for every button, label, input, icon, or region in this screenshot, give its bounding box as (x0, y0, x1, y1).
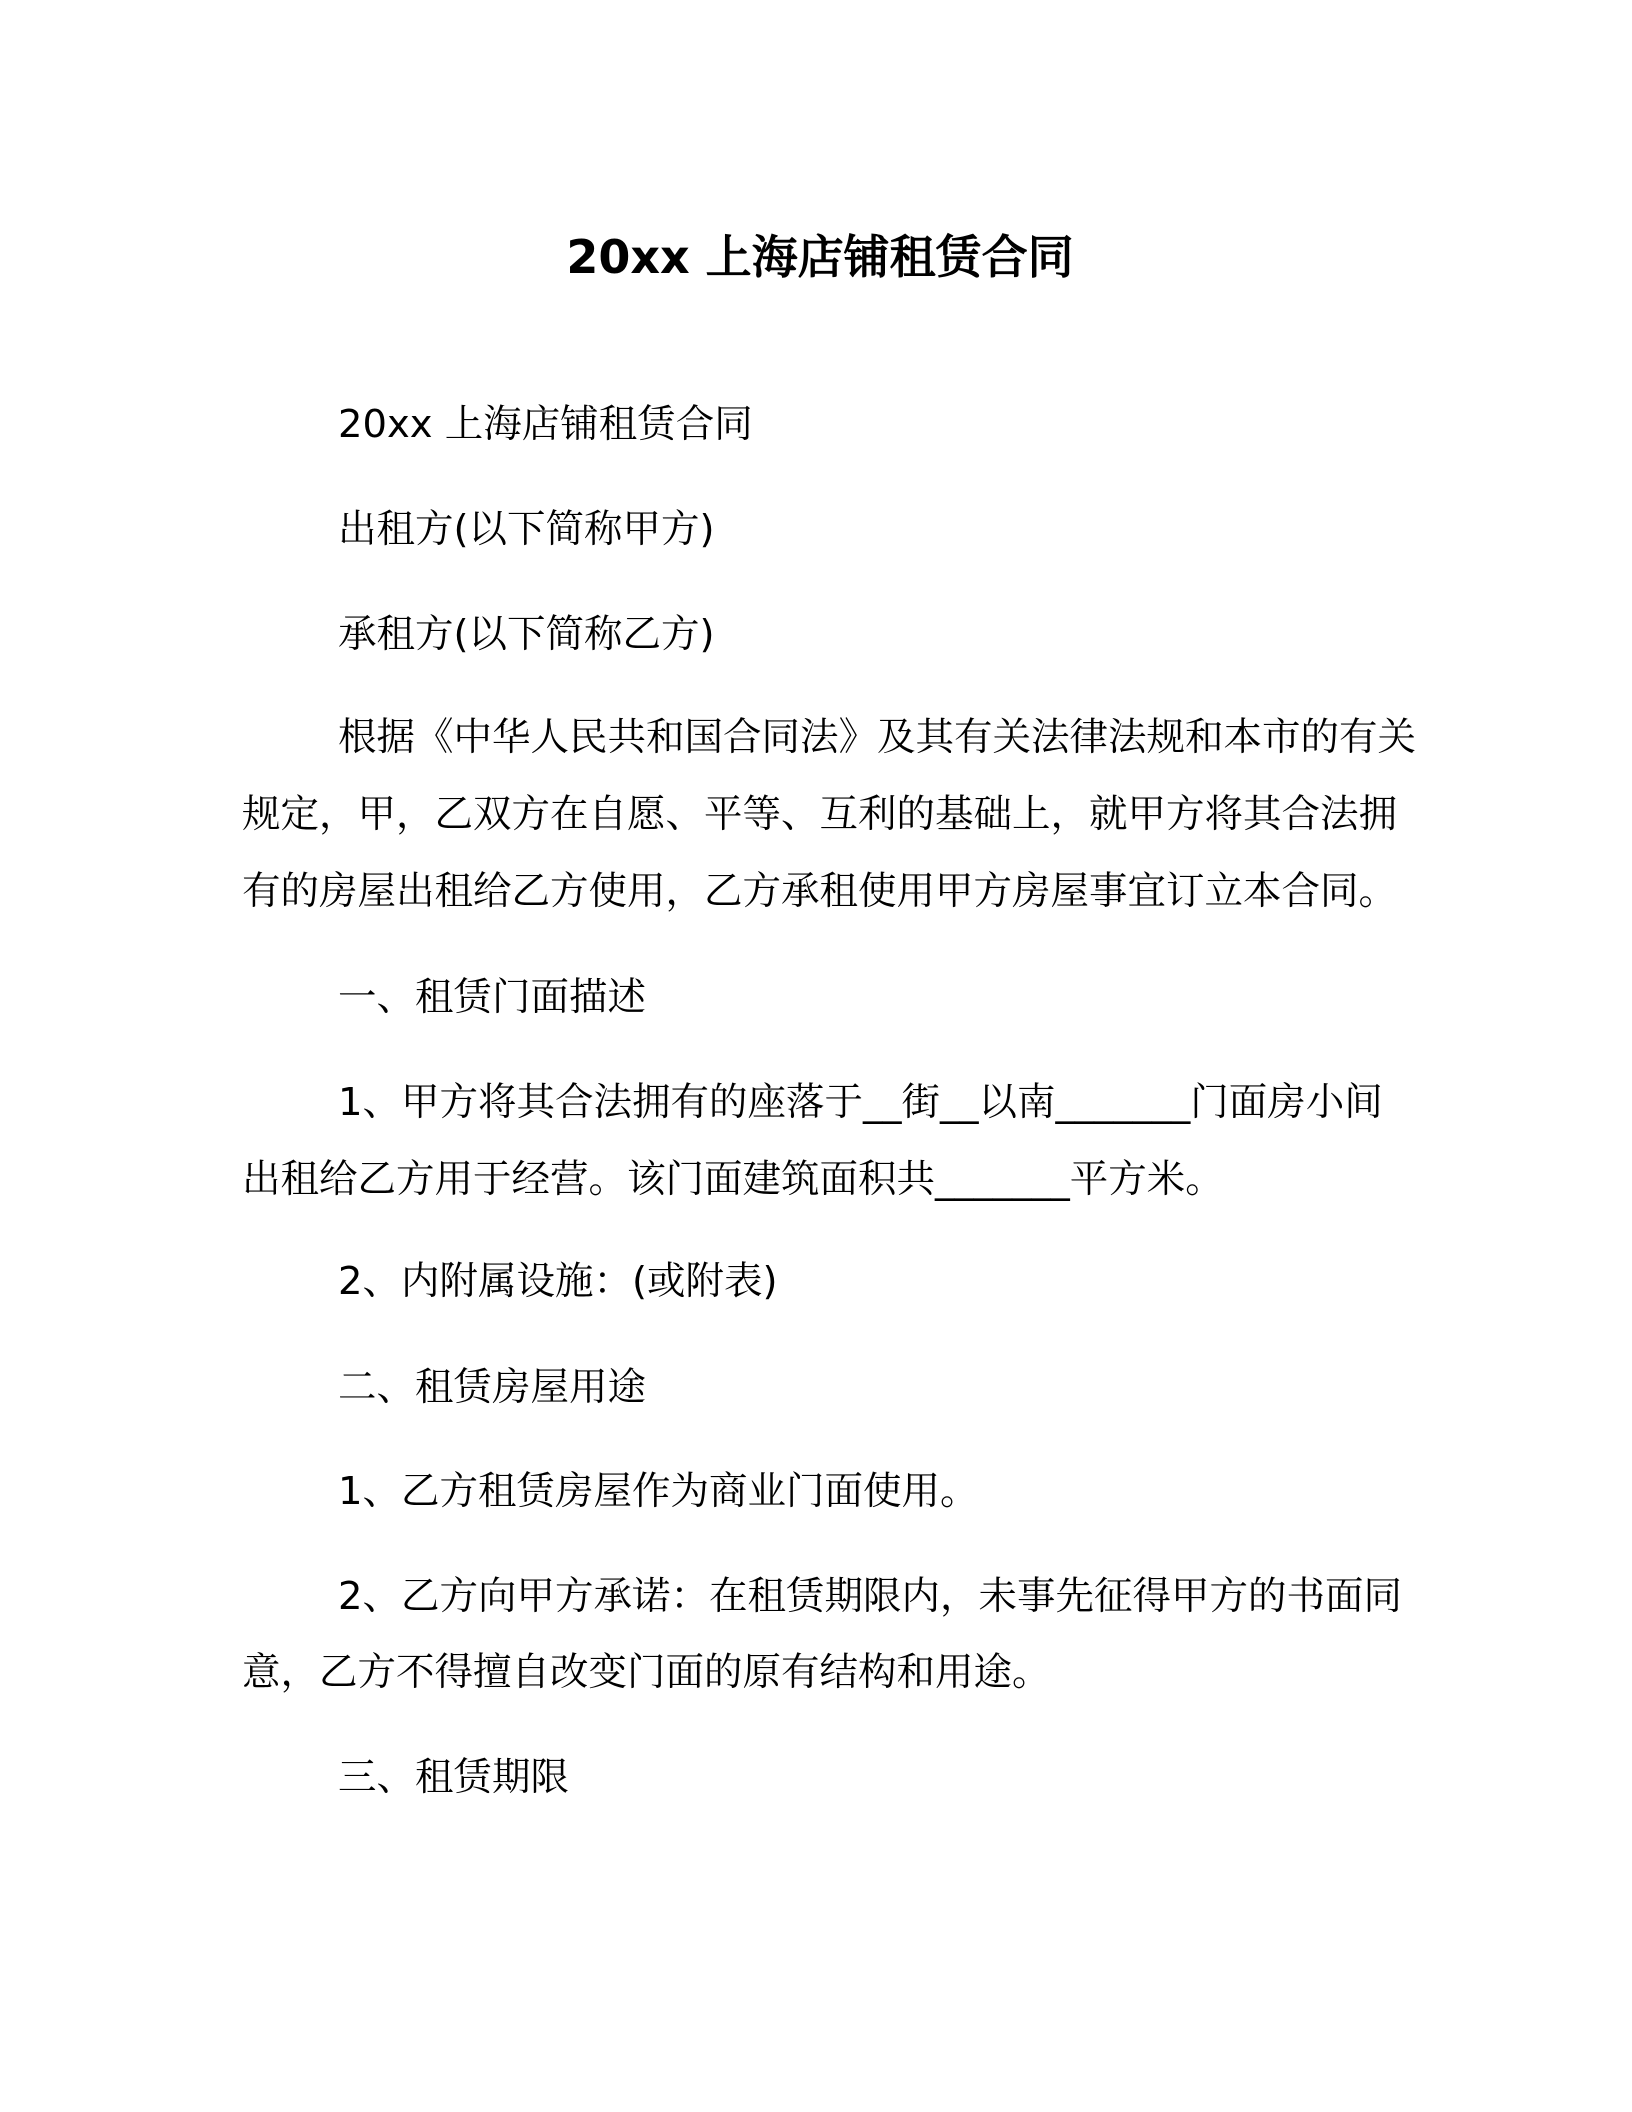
paragraph-line: 意，乙方不得擅自改变门面的原有结构和用途。 (242, 1643, 1051, 1703)
paragraph-line: 出租给乙方用于经营。该门面建筑面积共_______平方米。 (242, 1150, 1224, 1210)
paragraph-line: 有的房屋出租给乙方使用，乙方承租使用甲方房屋事宜订立本合同。 (242, 862, 1397, 922)
paragraph-line: 2、乙方向甲方承诺：在租赁期限内，未事先征得甲方的书面同 (338, 1567, 1402, 1627)
lessee-line: 承租方(以下简称乙方) (338, 605, 715, 665)
section-heading-2: 二、租赁房屋用途 (338, 1358, 646, 1418)
paragraph-line: 根据《中华人民共和国合同法》及其有关法律法规和本市的有关 (338, 708, 1416, 768)
document-title: 20xx 上海店铺租赁合同 (0, 224, 1632, 290)
clause-1-2: 2、内附属设施：(或附表) (338, 1252, 778, 1312)
subtitle: 20xx 上海店铺租赁合同 (338, 395, 753, 455)
document-page: 20xx 上海店铺租赁合同 20xx 上海店铺租赁合同 出租方(以下简称甲方) … (0, 0, 1632, 2112)
section-heading-3: 三、租赁期限 (338, 1748, 569, 1808)
paragraph-line: 1、甲方将其合法拥有的座落于__街__以南_______门面房小间 (338, 1073, 1383, 1133)
clause-2-1: 1、乙方租赁房屋作为商业门面使用。 (338, 1462, 979, 1522)
paragraph-line: 规定，甲，乙双方在自愿、平等、互利的基础上，就甲方将其合法拥 (242, 785, 1397, 845)
section-heading-1: 一、租赁门面描述 (338, 968, 646, 1028)
lessor-line: 出租方(以下简称甲方) (338, 500, 715, 560)
